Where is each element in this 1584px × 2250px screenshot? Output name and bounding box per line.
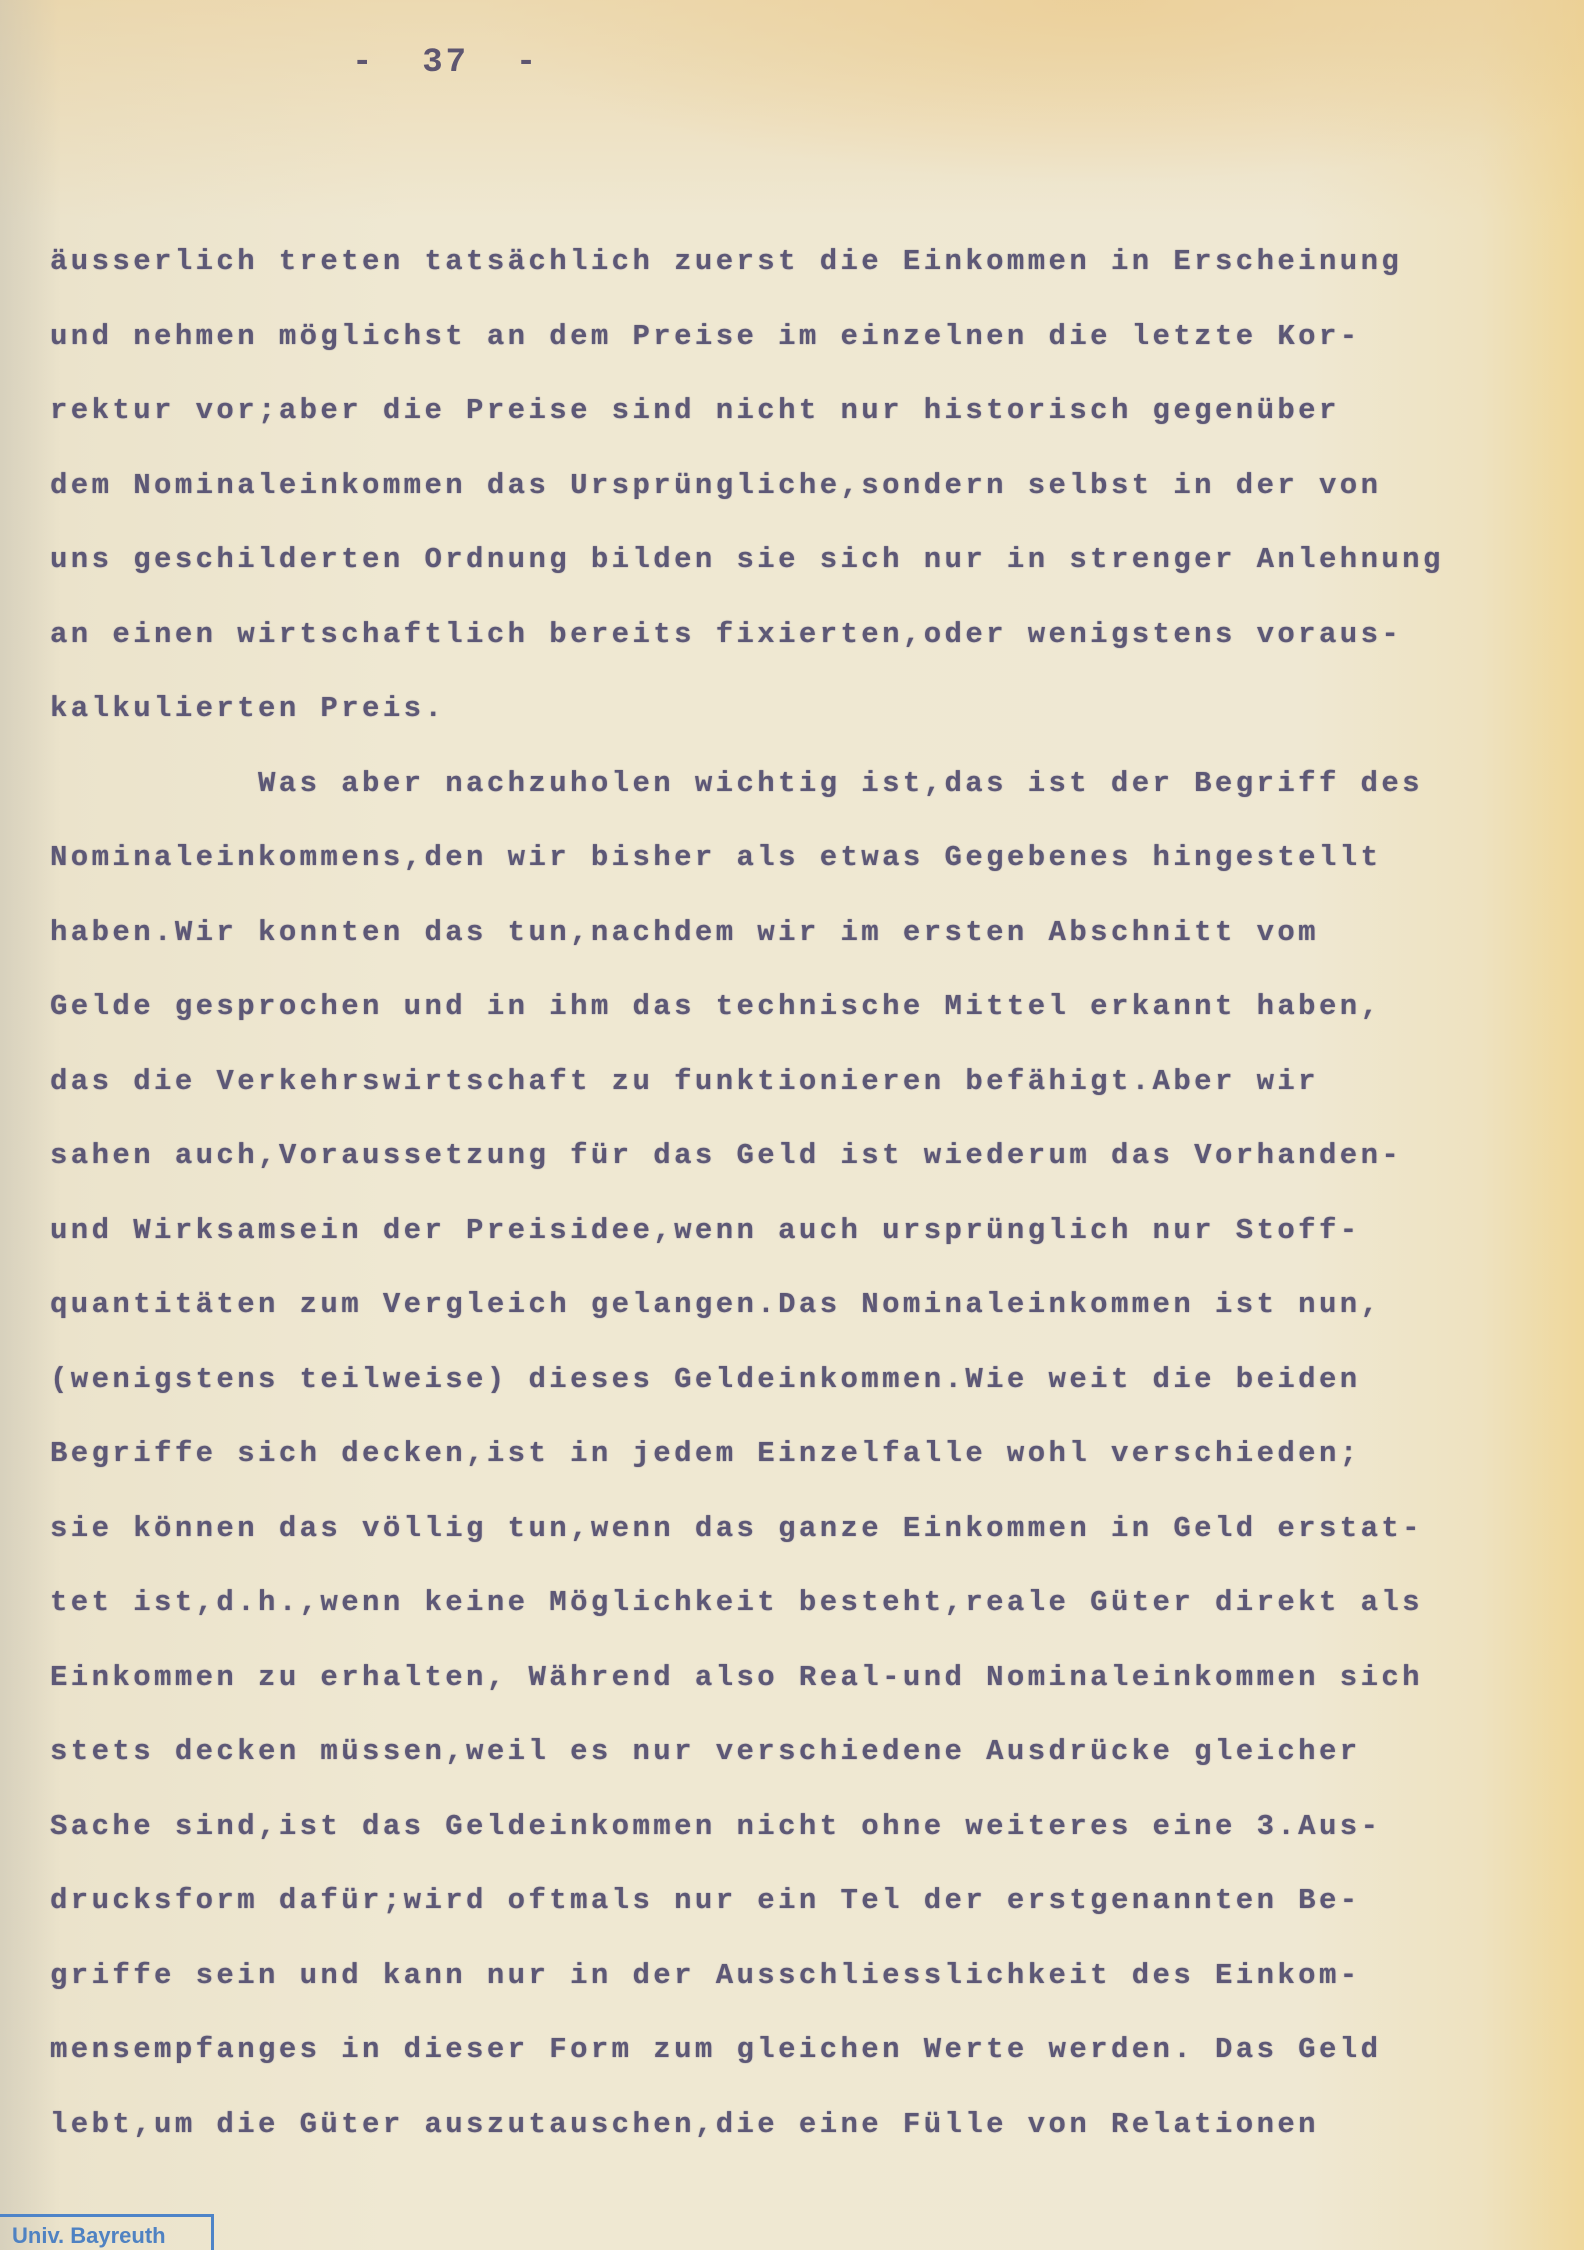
text-line: Was aber nachzuholen wichtig ist,das ist… <box>50 764 1570 839</box>
typewritten-text-body: äusserlich treten tatsächlich zuerst die… <box>50 242 1570 2179</box>
text-line: und nehmen möglichst an dem Preise im ei… <box>50 317 1570 392</box>
text-line: stets decken müssen,weil es nur verschie… <box>50 1732 1570 1807</box>
text-line: Einkommen zu erhalten, Während also Real… <box>50 1658 1570 1733</box>
text-line: mensempfanges in dieser Form zum gleiche… <box>50 2030 1570 2105</box>
text-line: Nominaleinkommens,den wir bisher als etw… <box>50 838 1570 913</box>
text-line: äusserlich treten tatsächlich zuerst die… <box>50 242 1570 317</box>
text-line: und Wirksamsein der Preisidee,wenn auch … <box>50 1211 1570 1286</box>
text-line: dem Nominaleinkommen das Ursprüngliche,s… <box>50 466 1570 541</box>
text-line: haben.Wir konnten das tun,nachdem wir im… <box>50 913 1570 988</box>
text-line: tet ist,d.h.,wenn keine Möglichkeit best… <box>50 1583 1570 1658</box>
text-line: an einen wirtschaftlich bereits fixierte… <box>50 615 1570 690</box>
text-line: drucksform dafür;wird oftmals nur ein Te… <box>50 1881 1570 1956</box>
text-line: uns geschilderten Ordnung bilden sie sic… <box>50 540 1570 615</box>
text-line: sie können das völlig tun,wenn das ganze… <box>50 1509 1570 1584</box>
text-line: quantitäten zum Vergleich gelangen.Das N… <box>50 1285 1570 1360</box>
text-line: (wenigstens teilweise) dieses Geldeinkom… <box>50 1360 1570 1435</box>
text-line: rektur vor;aber die Preise sind nicht nu… <box>50 391 1570 466</box>
text-line: Begriffe sich decken,ist in jedem Einzel… <box>50 1434 1570 1509</box>
text-line: griffe sein und kann nur in der Ausschli… <box>50 1956 1570 2031</box>
page-number: - 37 - <box>352 44 539 82</box>
text-line: kalkulierten Preis. <box>50 689 1570 764</box>
library-stamp: Univ. Bayreuth <box>0 2214 214 2250</box>
paper-aging-tint <box>0 0 1584 220</box>
text-line: Gelde gesprochen und in ihm das technisc… <box>50 987 1570 1062</box>
text-line: sahen auch,Voraussetzung für das Geld is… <box>50 1136 1570 1211</box>
text-line: lebt,um die Güter auszutauschen,die eine… <box>50 2105 1570 2180</box>
text-line: das die Verkehrswirtschaft zu funktionie… <box>50 1062 1570 1137</box>
text-line: Sache sind,ist das Geldeinkommen nicht o… <box>50 1807 1570 1882</box>
